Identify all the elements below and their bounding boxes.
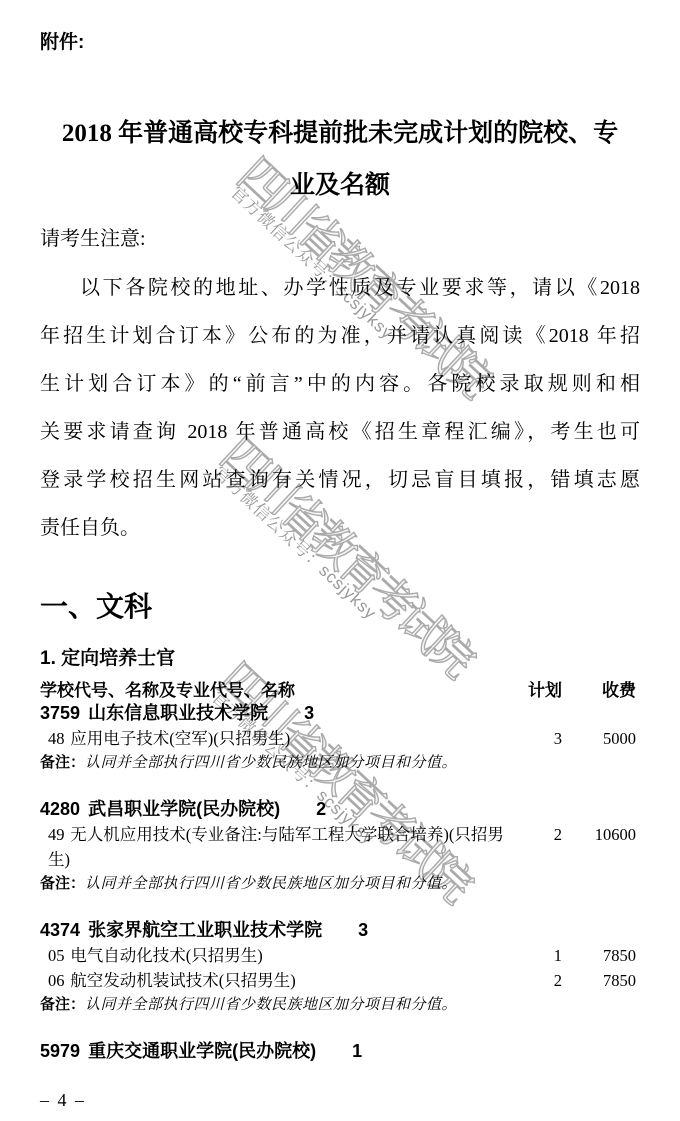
document-page: 四川省教育考试院 官方微信公众号：scsjyksy 四川省教育考试院 官方微信公…: [0, 0, 680, 1121]
major-code: 49: [48, 825, 65, 844]
page-number: – 4 –: [40, 1090, 640, 1111]
note-label: 备注：: [40, 996, 85, 1013]
note-row: 备注：认同并全部执行四川省少数民族地区加分项目和分值。: [40, 872, 640, 896]
school-plan-count: 3: [358, 920, 368, 940]
note-text: 认同并全部执行四川省少数民族地区加分项目和分值。: [85, 997, 457, 1013]
school-block: 5979重庆交通职业学院(民办院校)1: [40, 1039, 640, 1064]
major-name-cell: 49无人机应用技术(专业备注:与陆军工程大学联合培养)(只招男生): [40, 822, 516, 872]
column-header-plan: 计划: [516, 680, 562, 701]
notice-heading: 请考生注意:: [40, 226, 640, 252]
major-row: 06航空发动机装试技术(只招男生) 2 7850: [40, 968, 640, 993]
paragraph-line: 关要求请查询 2018 年普通高校《招生章程汇编》，考生也可: [40, 408, 640, 456]
major-row: 05电气自动化技术(只招男生) 1 7850: [40, 943, 640, 968]
document-title: 2018 年普通高校专科提前批未完成计划的院校、专业及名额: [50, 108, 630, 212]
major-plan-count: 2: [516, 968, 562, 993]
column-header-fee: 收费: [562, 680, 640, 701]
school-plan-count: 1: [352, 1041, 362, 1061]
school-plan-count: 3: [304, 703, 314, 723]
school-code: 4280: [40, 799, 80, 819]
major-row: 48应用电子技术(空军)(只招男生) 3 5000: [40, 726, 640, 751]
major-name: 无人机应用技术(专业备注:与陆军工程大学联合培养)(只招男生): [48, 825, 504, 869]
school-name: 山东信息职业技术学院: [88, 703, 268, 723]
school-row: 4374张家界航空工业职业技术学院3: [40, 918, 640, 943]
notice-paragraph: 以下各院校的地址、办学性质及专业要求等，请以《2018 年招生计划合订本》公布的…: [40, 264, 640, 552]
school-row: 3759山东信息职业技术学院3: [40, 701, 640, 726]
major-name-cell: 48应用电子技术(空军)(只招男生): [40, 726, 516, 751]
major-plan-count: 3: [516, 726, 562, 751]
paragraph-line: 登录学校招生网站查询有关情况，切忌盲目填报，错填志愿: [40, 456, 640, 504]
school-block: 4374张家界航空工业职业技术学院3 05电气自动化技术(只招男生) 1 785…: [40, 918, 640, 1017]
table-header-row: 学校代号、名称及专业代号、名称 计划 收费: [40, 680, 640, 701]
paragraph-line: 以下各院校的地址、办学性质及专业要求等，请以《2018: [40, 264, 640, 312]
column-header-school-major: 学校代号、名称及专业代号、名称: [40, 680, 516, 701]
school-row: 5979重庆交通职业学院(民办院校)1: [40, 1039, 640, 1064]
major-code: 48: [48, 729, 65, 748]
note-label: 备注：: [40, 875, 85, 892]
note-text: 认同并全部执行四川省少数民族地区加分项目和分值。: [85, 755, 457, 771]
subsection-heading-sergeants: 1. 定向培养士官: [40, 646, 640, 672]
paragraph-line: 责任自负。: [40, 504, 640, 552]
note-text: 认同并全部执行四川省少数民族地区加分项目和分值。: [85, 876, 457, 892]
school-code: 3759: [40, 703, 80, 723]
major-name: 电气自动化技术(只招男生): [70, 946, 263, 965]
major-fee: 7850: [562, 943, 640, 968]
school-name: 张家界航空工业职业技术学院: [88, 920, 322, 940]
note-row: 备注：认同并全部执行四川省少数民族地区加分项目和分值。: [40, 751, 640, 775]
major-fee: 7850: [562, 968, 640, 993]
school-plan-count: 2: [316, 799, 326, 819]
major-code: 05: [48, 946, 65, 965]
major-name: 应用电子技术(空军)(只招男生): [70, 729, 290, 748]
major-name-cell: 05电气自动化技术(只招男生): [40, 943, 516, 968]
school-block: 4280武昌职业学院(民办院校)2 49无人机应用技术(专业备注:与陆军工程大学…: [40, 797, 640, 896]
school-name: 武昌职业学院(民办院校): [88, 799, 280, 819]
school-code: 4374: [40, 920, 80, 940]
major-plan-count: 1: [516, 943, 562, 968]
major-name-cell: 06航空发动机装试技术(只招男生): [40, 968, 516, 993]
major-name: 航空发动机装试技术(只招男生): [70, 971, 296, 990]
document-content: 附件: 2018 年普通高校专科提前批未完成计划的院校、专业及名额 请考生注意:…: [0, 0, 680, 1111]
paragraph-line: 年招生计划合订本》公布的为准，并请认真阅读《2018 年招: [40, 312, 640, 360]
major-fee: 10600: [562, 822, 640, 847]
school-code: 5979: [40, 1041, 80, 1061]
section-heading-liberal-arts: 一、文科: [40, 590, 640, 624]
note-label: 备注：: [40, 754, 85, 771]
major-code: 06: [48, 971, 65, 990]
paragraph-line: 生计划合订本》的“前言”中的内容。各院校录取规则和相: [40, 360, 640, 408]
note-row: 备注：认同并全部执行四川省少数民族地区加分项目和分值。: [40, 993, 640, 1017]
attachment-label: 附件:: [40, 30, 640, 56]
major-fee: 5000: [562, 726, 640, 751]
major-plan-count: 2: [516, 822, 562, 847]
school-name: 重庆交通职业学院(民办院校): [88, 1041, 316, 1061]
school-block: 3759山东信息职业技术学院3 48应用电子技术(空军)(只招男生) 3 500…: [40, 701, 640, 775]
major-row: 49无人机应用技术(专业备注:与陆军工程大学联合培养)(只招男生) 2 1060…: [40, 822, 640, 872]
school-row: 4280武昌职业学院(民办院校)2: [40, 797, 640, 822]
